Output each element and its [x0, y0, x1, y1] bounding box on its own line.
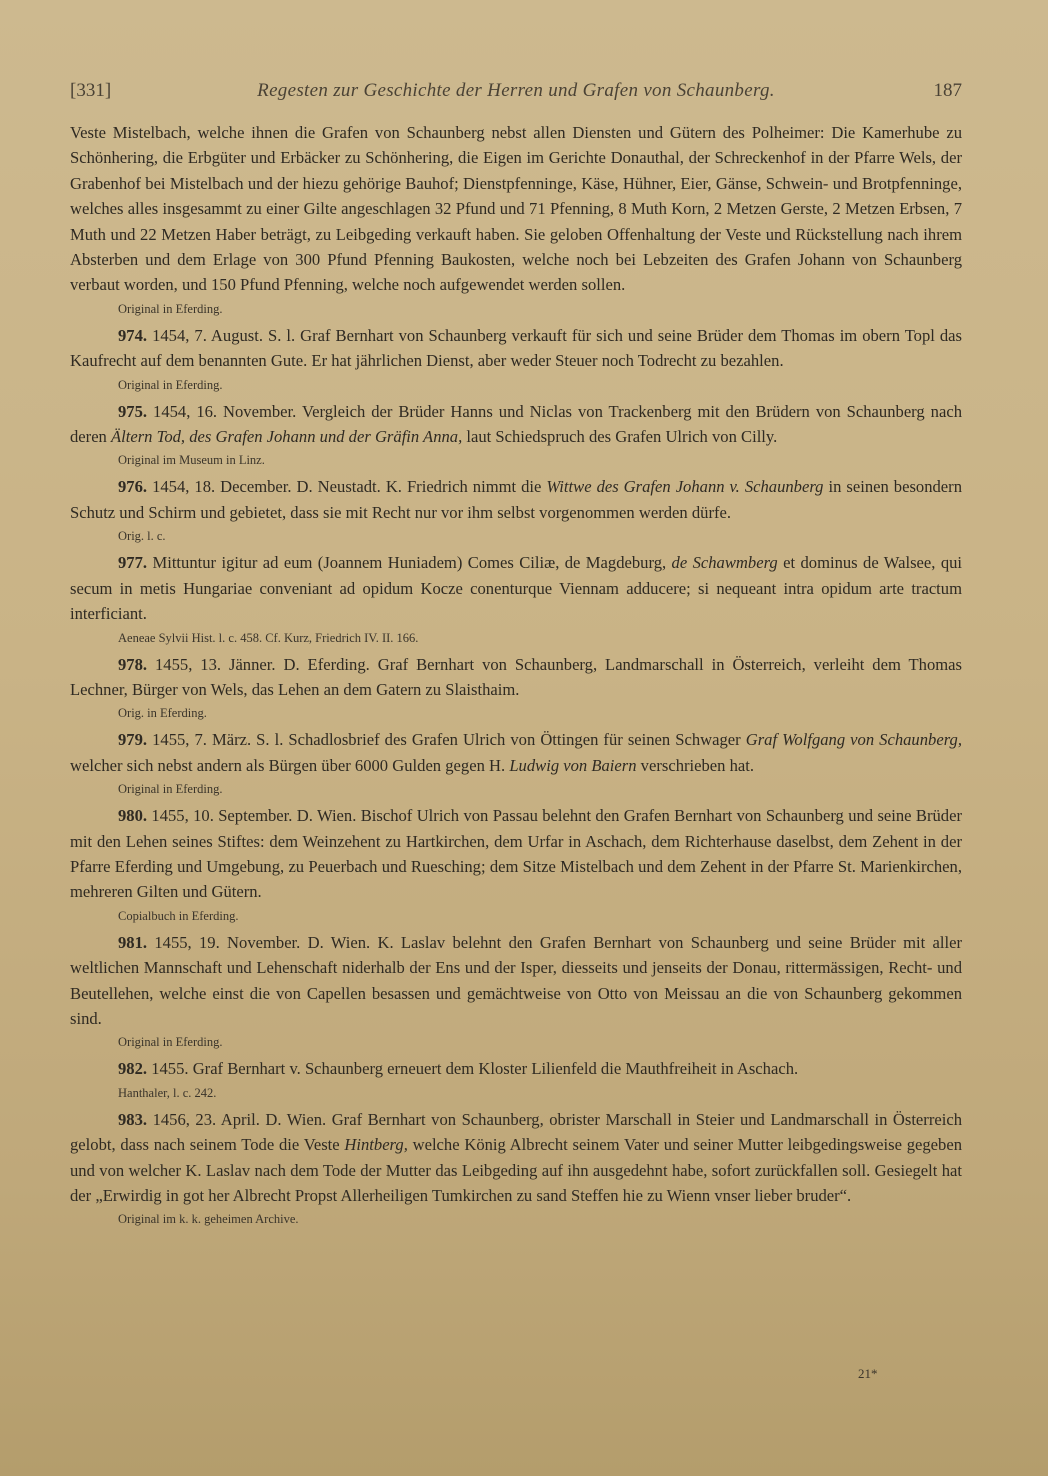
source-note: Original im k. k. geheimen Archive.	[118, 1209, 962, 1229]
entry-text: welcher sich nebst andern als Bürgen übe…	[70, 756, 509, 775]
continuation-paragraph: Veste Mistelbach, welche ihnen die Grafe…	[70, 120, 962, 298]
entry-974: 974. 1454, 7. August. S. l. Graf Bernhar…	[70, 323, 962, 374]
source-note: Original in Eferding.	[118, 779, 962, 799]
entry-982: 982. 1455. Graf Bernhart v. Schaunberg e…	[70, 1056, 962, 1081]
entry-text: 1455, 10. September. D. Wien. Bischof Ul…	[70, 806, 962, 901]
running-header: [331] Regesten zur Geschichte der Herren…	[70, 80, 962, 102]
running-title: Regesten zur Geschichte der Herren und G…	[130, 80, 902, 102]
entry-number: 978.	[118, 655, 147, 674]
entry-number: 975.	[118, 402, 147, 421]
entry-italic-text: Ältern Tod, des Grafen Johann und der Gr…	[111, 427, 462, 446]
entry-italic-text: Graf Wolfgang von Schaunberg,	[746, 730, 962, 749]
entry-text: 1454, 7. August. S. l. Graf Bernhart von…	[70, 326, 962, 370]
entry-text: laut Schiedspruch des Grafen Ulrich von …	[462, 427, 777, 446]
entry-981: 981. 1455, 19. November. D. Wien. K. Las…	[70, 930, 962, 1032]
source-note: Orig. l. c.	[118, 526, 962, 546]
entry-text: 1455. Graf Bernhart v. Schaunberg erneue…	[151, 1059, 798, 1078]
entry-italic-text: Wittwe des Grafen Johann v. Schaunberg	[546, 477, 823, 496]
source-note: Orig. in Eferding.	[118, 703, 962, 723]
entry-975: 975. 1454, 16. November. Vergleich der B…	[70, 399, 962, 450]
source-note: Aeneae Sylvii Hist. l. c. 458. Cf. Kurz,…	[118, 628, 962, 648]
entry-979: 979. 1455, 7. März. S. l. Schadlosbrief …	[70, 727, 962, 778]
entry-text: 1455, 19. November. D. Wien. K. Laslav b…	[70, 933, 962, 1028]
entry-italic-text: Hintberg,	[344, 1135, 407, 1154]
entry-text: 1455, 7. März. S. l. Schadlosbrief des G…	[152, 730, 746, 749]
source-note: Original im Museum in Linz.	[118, 450, 962, 470]
document-page: [331] Regesten zur Geschichte der Herren…	[70, 80, 962, 1233]
entry-number: 983.	[118, 1110, 147, 1129]
signature-mark: 21*	[858, 1366, 878, 1382]
source-note: Copialbuch in Eferding.	[118, 906, 962, 926]
source-note: Original in Eferding.	[118, 375, 962, 395]
entry-text: verschrieben hat.	[637, 756, 755, 775]
entry-italic-text: de Schawmberg	[672, 553, 778, 572]
page-reference: [331]	[70, 80, 130, 102]
entry-number: 981.	[118, 933, 147, 952]
source-note: Original in Eferding.	[118, 1032, 962, 1052]
page-number: 187	[902, 80, 962, 102]
entry-text: 1454, 18. December. D. Neustadt. K. Frie…	[152, 477, 546, 496]
entry-978: 978. 1455, 13. Jänner. D. Eferding. Graf…	[70, 652, 962, 703]
entry-text: Mittuntur igitur ad eum (Joannem Huniade…	[152, 553, 671, 572]
entry-number: 982.	[118, 1059, 147, 1078]
entry-number: 980.	[118, 806, 147, 825]
entry-980: 980. 1455, 10. September. D. Wien. Bisch…	[70, 803, 962, 905]
entry-number: 974.	[118, 326, 147, 345]
source-note: Original in Eferding.	[118, 299, 962, 319]
source-note: Hanthaler, l. c. 242.	[118, 1083, 962, 1103]
entry-text: 1455, 13. Jänner. D. Eferding. Graf Bern…	[70, 655, 962, 699]
entry-983: 983. 1456, 23. April. D. Wien. Graf Bern…	[70, 1107, 962, 1209]
entry-number: 976.	[118, 477, 147, 496]
entry-italic-text: Ludwig von Baiern	[509, 756, 636, 775]
entry-number: 979.	[118, 730, 147, 749]
entry-977: 977. Mittuntur igitur ad eum (Joannem Hu…	[70, 550, 962, 626]
entry-976: 976. 1454, 18. December. D. Neustadt. K.…	[70, 474, 962, 525]
entry-number: 977.	[118, 553, 147, 572]
